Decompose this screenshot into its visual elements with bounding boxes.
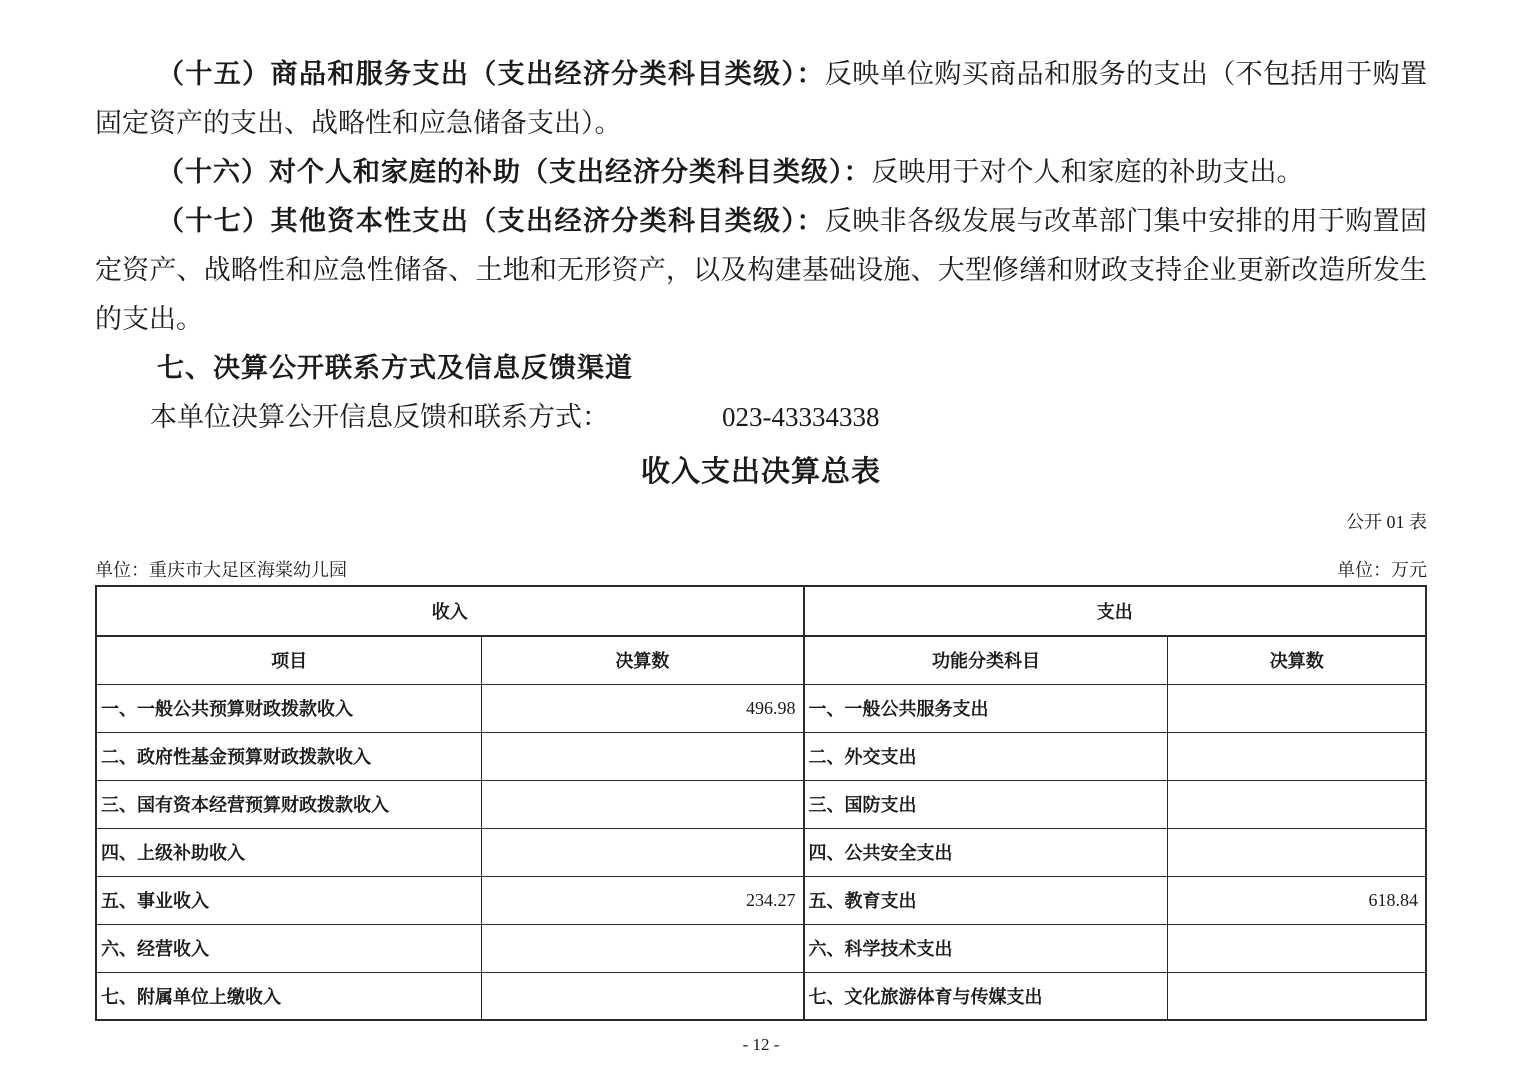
contact-line: 本单位决算公开信息反馈和联系方式：023-43334338: [95, 393, 1427, 442]
income-item: 一、一般公共预算财政拨款收入: [96, 684, 482, 732]
income-value: [482, 828, 804, 876]
page-number: - 12 -: [95, 1033, 1427, 1057]
expense-value-header: 决算数: [1168, 636, 1426, 684]
income-item: 七、附属单位上缴收入: [96, 972, 482, 1020]
expense-item: 六、科学技术支出: [804, 924, 1168, 972]
expense-value: [1168, 732, 1426, 780]
income-value: 496.98: [482, 684, 804, 732]
expense-value: 618.84: [1168, 876, 1426, 924]
income-group-header: 收入: [96, 586, 804, 636]
expense-value: [1168, 828, 1426, 876]
table-column-header-row: 项目 决算数 功能分类科目 决算数: [96, 636, 1426, 684]
expense-group-header: 支出: [804, 586, 1426, 636]
table-row: 四、上级补助收入 四、公共安全支出: [96, 828, 1426, 876]
income-item: 六、经营收入: [96, 924, 482, 972]
paragraph-15-term: （十五）商品和服务支出（支出经济分类科目类级）：: [157, 59, 825, 89]
income-expense-table: 收入 支出 项目 决算数 功能分类科目 决算数 一、一般公共预算财政拨款收入 4…: [95, 585, 1427, 1021]
table-row: 一、一般公共预算财政拨款收入 496.98 一、一般公共服务支出: [96, 684, 1426, 732]
paragraph-16-body: 反映用于对个人和家庭的补助支出。: [872, 157, 1304, 187]
table-group-header-row: 收入 支出: [96, 586, 1426, 636]
paragraph-16: （十六）对个人和家庭的补助（支出经济分类科目类级）：反映用于对个人和家庭的补助支…: [95, 148, 1427, 197]
expense-item: 四、公共安全支出: [804, 828, 1168, 876]
income-value: 234.27: [482, 876, 804, 924]
income-value-header: 决算数: [482, 636, 804, 684]
contact-label: 本单位决算公开信息反馈和联系方式：: [150, 402, 609, 432]
income-value: [482, 972, 804, 1020]
table-title: 收入支出决算总表: [95, 450, 1427, 494]
table-row: 二、政府性基金预算财政拨款收入 二、外交支出: [96, 732, 1426, 780]
expense-item: 五、教育支出: [804, 876, 1168, 924]
income-item-header: 项目: [96, 636, 482, 684]
expense-item: 二、外交支出: [804, 732, 1168, 780]
income-value: [482, 780, 804, 828]
section-heading: 七、决算公开联系方式及信息反馈渠道: [95, 344, 1427, 393]
expense-value: [1168, 972, 1426, 1020]
unit-name: 单位：重庆市大足区海棠幼儿园: [95, 558, 347, 582]
income-value: [482, 732, 804, 780]
unit-row: 单位：重庆市大足区海棠幼儿园 单位：万元: [95, 558, 1427, 582]
paragraph-17-term: （十七）其他资本性支出（支出经济分类科目类级）：: [157, 206, 825, 236]
expense-item: 三、国防支出: [804, 780, 1168, 828]
income-item: 四、上级补助收入: [96, 828, 482, 876]
paragraph-17: （十七）其他资本性支出（支出经济分类科目类级）：反映非各级发展与改革部门集中安排…: [95, 197, 1427, 344]
table-row: 三、国有资本经营预算财政拨款收入 三、国防支出: [96, 780, 1426, 828]
expense-item: 一、一般公共服务支出: [804, 684, 1168, 732]
unit-of-measure: 单位：万元: [1337, 558, 1427, 582]
expense-value: [1168, 924, 1426, 972]
table-row: 六、经营收入 六、科学技术支出: [96, 924, 1426, 972]
paragraph-16-term: （十六）对个人和家庭的补助（支出经济分类科目类级）：: [157, 157, 872, 187]
income-item: 五、事业收入: [96, 876, 482, 924]
expense-value: [1168, 780, 1426, 828]
table-row: 五、事业收入 234.27 五、教育支出 618.84: [96, 876, 1426, 924]
expense-value: [1168, 684, 1426, 732]
form-number-note: 公开 01 表: [95, 510, 1427, 534]
expense-item-header: 功能分类科目: [804, 636, 1168, 684]
contact-phone: 023-43334338: [667, 393, 880, 442]
income-item: 二、政府性基金预算财政拨款收入: [96, 732, 482, 780]
income-value: [482, 924, 804, 972]
paragraph-15: （十五）商品和服务支出（支出经济分类科目类级）：反映单位购买商品和服务的支出（不…: [95, 50, 1427, 148]
table-row: 七、附属单位上缴收入 七、文化旅游体育与传媒支出: [96, 972, 1426, 1020]
income-item: 三、国有资本经营预算财政拨款收入: [96, 780, 482, 828]
document-page: （十五）商品和服务支出（支出经济分类科目类级）：反映单位购买商品和服务的支出（不…: [0, 0, 1515, 1069]
expense-item: 七、文化旅游体育与传媒支出: [804, 972, 1168, 1020]
